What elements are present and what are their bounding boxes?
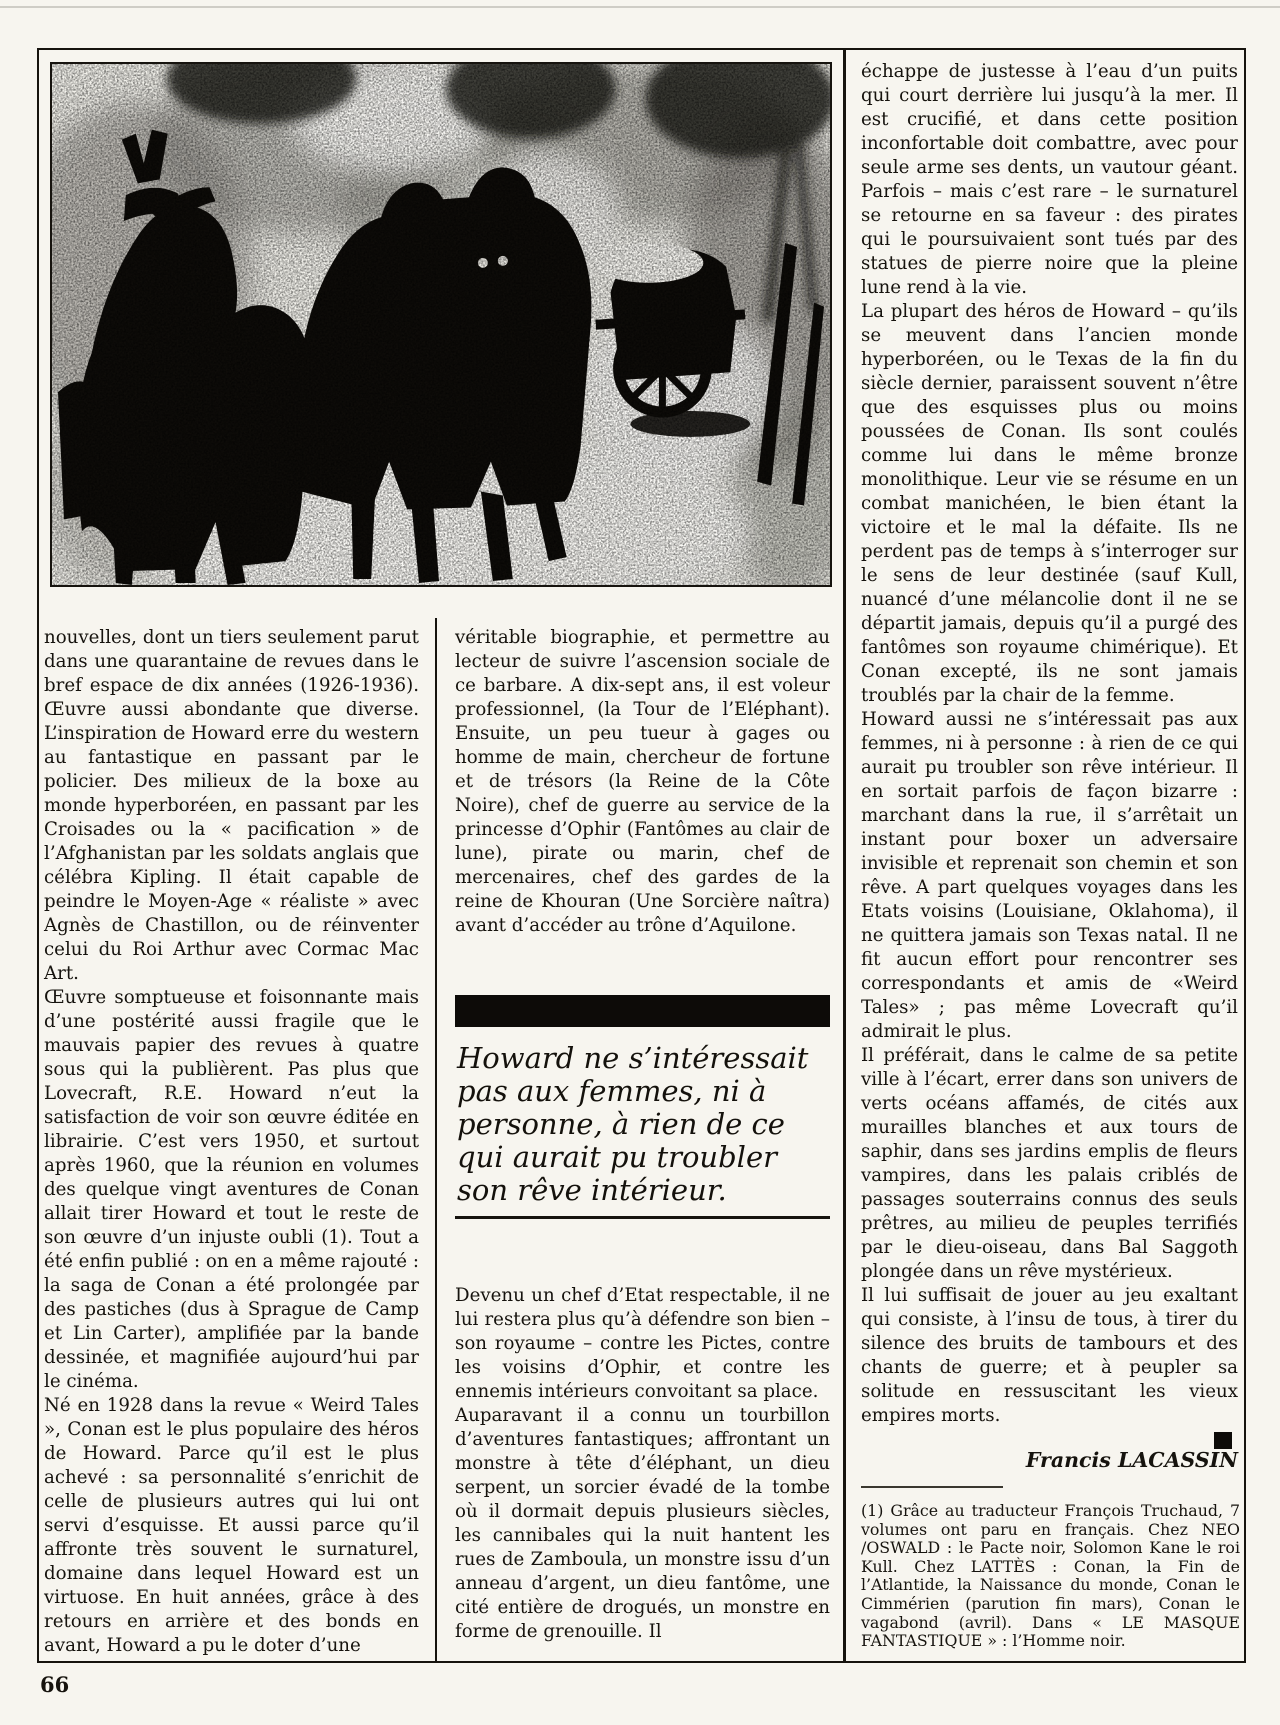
column-right: échappe de justesse à l’eau d’un puits q… [861,60,1238,1660]
column-middle-top: véritable biographie, et permettre au le… [455,626,830,938]
column-left: nouvelles, dont un tiers seulement parut… [44,626,419,1658]
column-divider-right [843,48,846,1662]
paragraph: véritable biographie, et permettre au le… [455,626,830,938]
byline: Francis LACASSIN [1026,1448,1238,1472]
column-middle-bottom: Devenu un chef d’Etat respectable, il ne… [455,1284,830,1644]
paragraph: échappe de justesse à l’eau d’un puits q… [861,60,1238,300]
paragraph: Auparavant il a connu un tourbillon d’av… [455,1404,830,1644]
paragraph: Il lui suffisait de jouer au jeu exaltan… [861,1284,1238,1428]
paragraph: La plupart des héros de Howard – qu’ils … [861,300,1238,708]
footnote: (1) Grâce au traducteur François Truchau… [861,1502,1240,1651]
paragraph: nouvelles, dont un tiers seulement parut… [44,626,419,986]
paragraph: Né en 1928 dans la revue « Weird Tales »… [44,1394,419,1658]
paragraph: Howard aussi ne s’intéressait pas aux fe… [861,708,1238,1044]
paragraph: Devenu un chef d’Etat respectable, il ne… [455,1284,830,1404]
horsemen-snow-illustration [52,64,830,585]
pull-quote-rule [455,1216,830,1219]
magazine-page: nouvelles, dont un tiers seulement parut… [0,0,1280,1725]
article-photo [50,62,832,587]
pull-quote: Howard ne s’intéressait pas aux femmes, … [457,1042,823,1207]
footnote-rule [861,1486,1003,1488]
end-of-article-square [1214,1432,1232,1449]
pull-quote-bar [455,995,830,1027]
paragraph: Il préférait, dans le calme de sa petite… [861,1044,1238,1284]
page-number: 66 [40,1672,69,1697]
column-divider-left [435,618,437,1662]
scan-artifact-line [0,6,1280,8]
paragraph: Œuvre somptueuse et foisonnante mais d’u… [44,986,419,1394]
